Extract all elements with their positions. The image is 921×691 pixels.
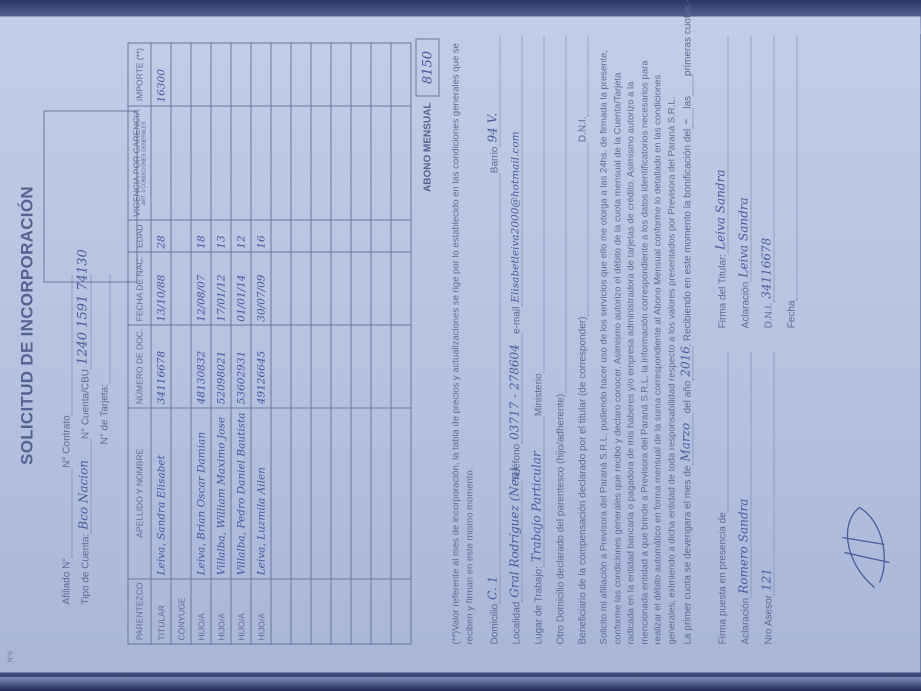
table-row: HIJO/ALeiva, Brian Oscar Damian481308321… [191, 43, 211, 644]
cell-parentezco[interactable]: HIJO/A [251, 579, 271, 644]
cell-nombre[interactable] [271, 408, 291, 579]
cell-nombre[interactable]: Leiva, Sandra Elisabet [151, 408, 171, 579]
nro-asesor-field[interactable]: Nro Asesor 121 [762, 353, 775, 645]
cell-doc[interactable]: 53602931 [231, 325, 251, 408]
cell-edad[interactable] [171, 220, 191, 252]
abono-mensual: ABONO MENSUAL 8150 [416, 37, 440, 645]
cell-importe[interactable] [331, 43, 351, 106]
cell-vigencia[interactable] [391, 106, 411, 220]
cell-importe[interactable] [211, 43, 231, 106]
cell-vigencia[interactable] [351, 106, 371, 220]
cell-parentezco[interactable] [371, 579, 391, 644]
cell-edad[interactable] [311, 220, 331, 252]
cell-parentezco[interactable] [331, 579, 351, 644]
cell-doc[interactable]: 49126645 [251, 325, 271, 408]
cell-nombre[interactable]: Leiva, Brian Oscar Damian [191, 408, 211, 579]
cell-edad[interactable]: 13 [211, 220, 231, 252]
firma-titular-field[interactable]: Firma del Titular: Leiva Sandra [716, 37, 729, 329]
tarjeta-field[interactable]: N° de Tarjeta: [98, 275, 111, 605]
cell-doc[interactable]: 48130832 [191, 325, 211, 408]
cell-importe[interactable]: 16300 [151, 43, 171, 106]
cell-vigencia[interactable] [191, 106, 211, 220]
otro-domicilio-field[interactable]: Otro Domicilio declarado del parentesco … [554, 37, 567, 645]
cell-nac[interactable]: 13/10/88 [151, 252, 171, 325]
titular-signature-block: Firma del Titular: Leiva Sandra Aclaraci… [716, 37, 808, 329]
fecha-field[interactable]: Fecha [785, 37, 798, 329]
cell-importe[interactable] [391, 43, 411, 106]
cell-vigencia[interactable] [371, 106, 391, 220]
cell-parentezco[interactable] [291, 579, 311, 644]
cell-doc[interactable] [291, 325, 311, 408]
firma-presencia-field[interactable]: Firma puesta en presencia de [716, 353, 729, 645]
cell-doc[interactable] [171, 325, 191, 408]
cell-doc[interactable] [311, 325, 331, 408]
table-row: TITULARLeiva, Sandra Elisabet3411667813/… [151, 43, 171, 644]
cell-nombre[interactable] [391, 408, 411, 579]
form-title: SOLICITUD DE INCORPORACIÓN [18, 37, 38, 615]
table-header-row: PARENTEZCO APELLIDO Y NOMBRE NÚMERO DE D… [128, 43, 151, 644]
members-table: PARENTEZCO APELLIDO Y NOMBRE NÚMERO DE D… [128, 43, 412, 645]
witness-signature-block: Firma puesta en presencia de Aclaración … [716, 353, 808, 645]
cell-vigencia[interactable] [231, 106, 251, 220]
afiliado-field[interactable]: Afiliado N° N° Contrato [60, 275, 73, 605]
cell-nombre[interactable] [311, 408, 331, 579]
domicilio-field[interactable]: Domicilio C. 1 Barrio 94 V. [488, 37, 501, 645]
table-row [371, 43, 391, 644]
cell-importe[interactable] [311, 43, 331, 106]
table-row: CÓNYUGE [171, 43, 191, 644]
primera-cuota-line: La primer cuota se devengara el mes de M… [681, 37, 694, 645]
table-row [311, 43, 331, 644]
cell-vigencia[interactable] [291, 106, 311, 220]
cell-importe[interactable] [231, 43, 251, 106]
photo-box [44, 111, 138, 283]
cell-doc[interactable] [371, 325, 391, 408]
cell-edad[interactable] [351, 220, 371, 252]
dni-titular-field[interactable]: D.N.I. 34116678 [762, 37, 775, 329]
cell-parentezco[interactable] [391, 579, 411, 644]
cell-nombre[interactable] [171, 408, 191, 579]
cell-vigencia[interactable] [331, 106, 351, 220]
cell-parentezco[interactable] [351, 579, 371, 644]
corner-mark: N°6 [8, 651, 15, 663]
cell-doc[interactable] [331, 325, 351, 408]
cell-importe[interactable] [251, 43, 271, 106]
cell-nac[interactable]: 17/01/12 [211, 252, 231, 325]
cell-parentezco[interactable]: CÓNYUGE [171, 579, 191, 644]
cell-edad[interactable]: 28 [151, 220, 171, 252]
cell-nac[interactable] [371, 252, 391, 325]
cell-nombre[interactable] [291, 408, 311, 579]
cell-vigencia[interactable] [271, 106, 291, 220]
incorporation-form-sheet: N°6 SOLICITUD DE INCORPORACIÓN Afiliado … [0, 17, 921, 673]
authorization-paragraph: Solicito mi afiliación a Previsora del P… [598, 37, 679, 645]
cell-parentezco[interactable]: HIJO/A [211, 579, 231, 644]
cell-nac[interactable] [311, 252, 331, 325]
abono-mensual-value[interactable]: 8150 [416, 39, 440, 97]
cell-nombre[interactable] [331, 408, 351, 579]
cell-edad[interactable] [291, 220, 311, 252]
cell-edad[interactable]: 18 [191, 220, 211, 252]
table-row: HIJO/ALeiva, Luzmila Ailen4912664530/07/… [251, 43, 271, 644]
cell-parentezco[interactable]: TITULAR [151, 579, 171, 644]
cell-doc[interactable] [391, 325, 411, 408]
cell-nac[interactable] [291, 252, 311, 325]
cell-nac[interactable] [351, 252, 371, 325]
cell-vigencia[interactable] [251, 106, 271, 220]
aclaracion-titular-field[interactable]: Aclaración Leiva Sandra [739, 37, 752, 329]
table-row [331, 43, 351, 644]
table-row [271, 43, 291, 644]
cell-nac[interactable] [331, 252, 351, 325]
table-row [391, 43, 411, 644]
cell-vigencia[interactable] [151, 106, 171, 220]
cell-nombre[interactable] [351, 408, 371, 579]
cell-edad[interactable] [391, 220, 411, 252]
cell-edad[interactable] [371, 220, 391, 252]
table-row [351, 43, 371, 644]
cell-doc[interactable]: 34116678 [151, 325, 171, 408]
cell-nac[interactable] [171, 252, 191, 325]
cell-importe[interactable] [191, 43, 211, 106]
cell-importe[interactable] [291, 43, 311, 106]
localidad-field[interactable]: Localidad Gral Rodríguez (Nea) Teléfono … [510, 37, 523, 645]
cell-parentezco[interactable] [311, 579, 331, 644]
cell-importe[interactable] [371, 43, 391, 106]
cell-edad[interactable] [271, 220, 291, 252]
cell-nac[interactable]: 01/01/14 [231, 252, 251, 325]
cell-nac[interactable]: 12/08/07 [191, 252, 211, 325]
cell-vigencia[interactable] [171, 106, 191, 220]
table-row: HIJO/AVillalba, William Maximo Jose52098… [211, 43, 231, 644]
cell-vigencia[interactable] [211, 106, 231, 220]
table-row [291, 43, 311, 644]
cell-edad[interactable] [331, 220, 351, 252]
tipo-cuenta-field[interactable]: Tipo de Cuenta: Bco Nacion N° Cuenta/CBU… [79, 275, 92, 605]
form-header: Afiliado N° N° Contrato Tipo de Cuenta: … [52, 37, 116, 645]
cell-edad[interactable]: 12 [231, 220, 251, 252]
witness-signature-scribble-icon [835, 503, 895, 593]
cell-doc[interactable] [351, 325, 371, 408]
cell-nombre[interactable]: Leiva, Luzmila Ailen [251, 408, 271, 579]
photo-background-bottom [0, 677, 921, 691]
cell-importe[interactable] [271, 43, 291, 106]
trabajo-field[interactable]: Lugar de Trabajo: Trabajo Particular Min… [532, 37, 545, 645]
cell-nac[interactable] [271, 252, 291, 325]
cell-nombre[interactable] [371, 408, 391, 579]
cell-nombre[interactable]: Villalba, Pedro Daniel Bautista [231, 408, 251, 579]
table-row: HIJO/AVillalba, Pedro Daniel Bautista536… [231, 43, 251, 644]
cell-nac[interactable]: 30/07/09 [251, 252, 271, 325]
cell-nac[interactable] [391, 252, 411, 325]
cell-importe[interactable] [351, 43, 371, 106]
tipo-cuenta-value: Bco Nacion [77, 460, 91, 530]
aclaracion-asesor-field[interactable]: Aclaración Romero Sandra [739, 353, 752, 645]
cell-parentezco[interactable]: HIJO/A [191, 579, 211, 644]
cell-edad[interactable]: 16 [251, 220, 271, 252]
price-note: (**)Valor referente al mes de incorporac… [450, 37, 478, 645]
cell-vigencia[interactable] [311, 106, 331, 220]
cell-parentezco[interactable]: HIJO/A [231, 579, 251, 644]
cell-nombre[interactable]: Villalba, William Maximo Jose [211, 408, 231, 579]
cell-importe[interactable] [171, 43, 191, 106]
cell-doc[interactable]: 52098021 [211, 325, 231, 408]
beneficiario-field[interactable]: Beneficiario de la compensación declarad… [576, 37, 589, 645]
cell-parentezco[interactable] [271, 579, 291, 644]
cell-doc[interactable] [271, 325, 291, 408]
